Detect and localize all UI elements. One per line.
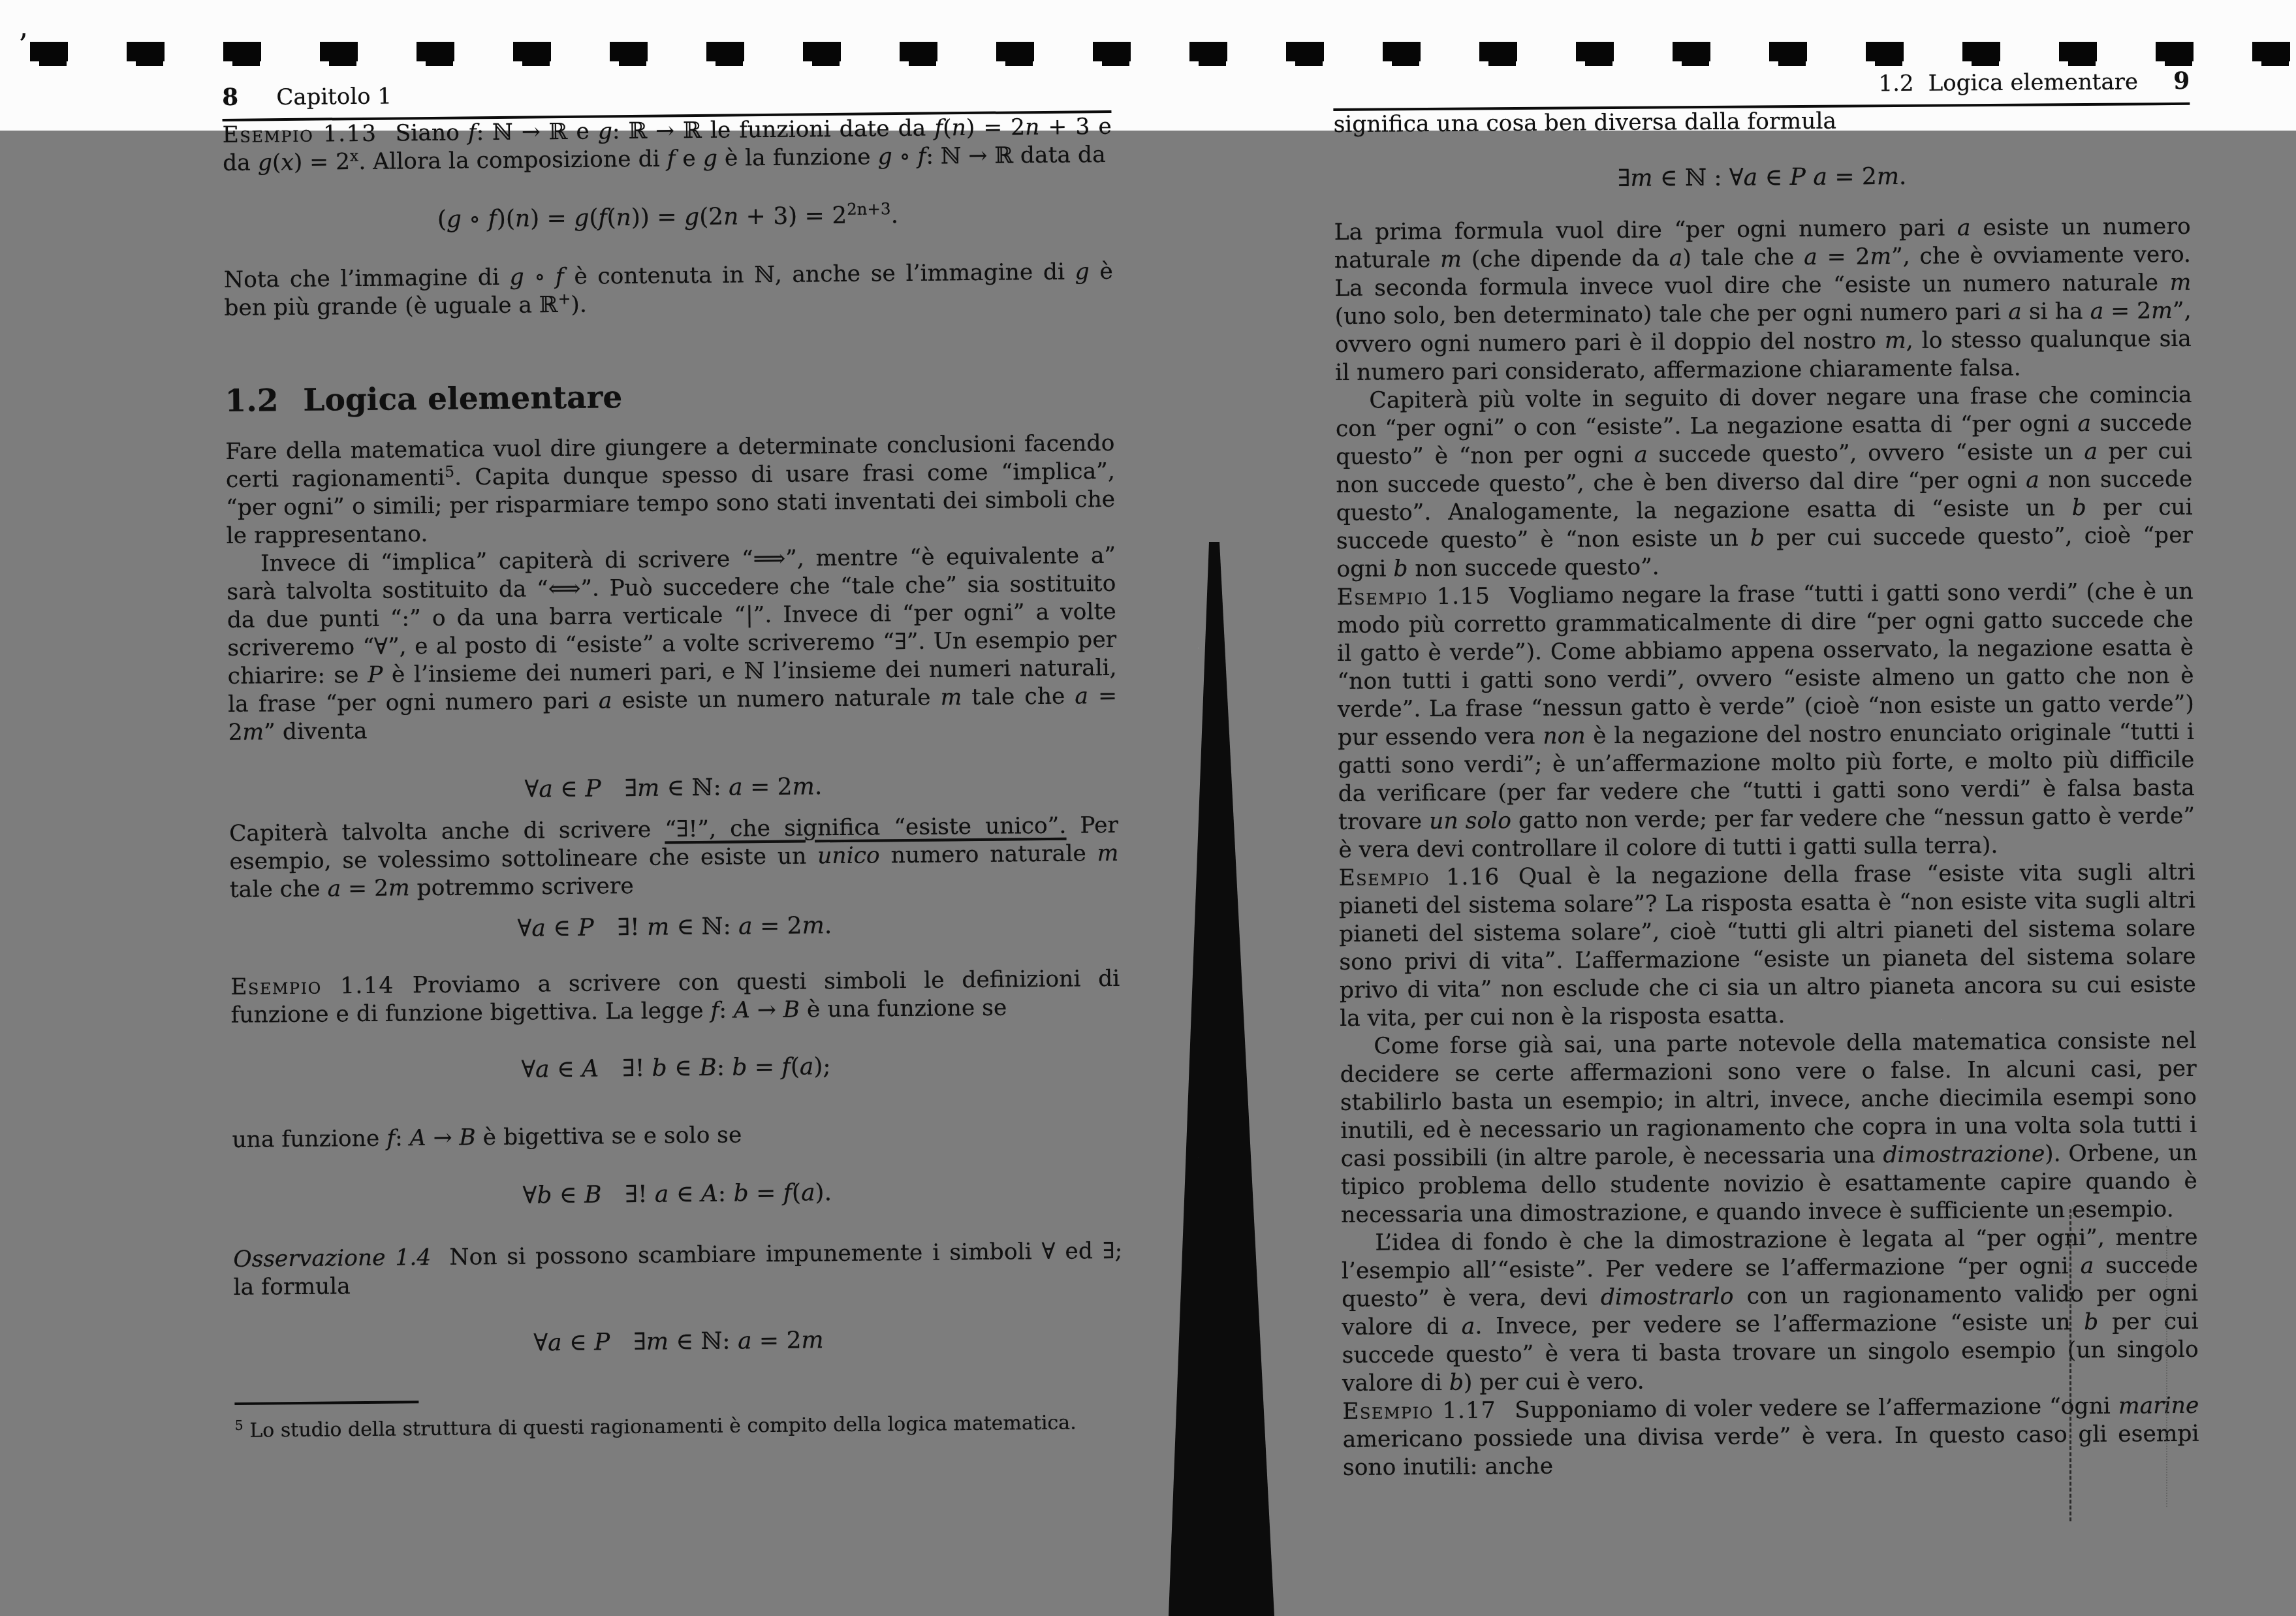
- section-number: 1.2: [225, 384, 278, 419]
- text-run: b: [1449, 1370, 1464, 1396]
- text-run: ) per cui è vero.: [1464, 1369, 1644, 1396]
- text-run: ∘: [892, 144, 917, 170]
- text-run: m: [388, 875, 410, 901]
- text-run: f: [934, 115, 943, 141]
- text-run: non: [1543, 723, 1585, 749]
- text-run: a: [738, 1327, 752, 1354]
- text-run: m: [2151, 298, 2173, 324]
- running-head-section-number: 1.2: [1878, 71, 1913, 97]
- text-run: =: [747, 1054, 781, 1081]
- text-run: f: [783, 1180, 792, 1207]
- text-run: marine: [2118, 1393, 2199, 1419]
- text-run: + 3) = 2: [738, 202, 847, 230]
- text-run: ∀: [521, 1056, 535, 1083]
- text-run: =: [748, 1180, 783, 1207]
- text-run: m: [647, 913, 670, 940]
- text-run: f: [556, 264, 564, 290]
- text-run: .: [815, 773, 823, 800]
- text-run: )(: [497, 206, 515, 232]
- text-run: m: [1870, 244, 1891, 270]
- text-run: n: [1025, 114, 1040, 140]
- paragraph-fare-della-matematica: Fare della matematica vuol dire giungere…: [225, 430, 1116, 550]
- text-run: (: [272, 150, 281, 176]
- text-run: a: [2084, 439, 2098, 465]
- text-run: b: [2084, 1309, 2098, 1335]
- text-run: A: [701, 1180, 718, 1207]
- text-run: f: [598, 204, 607, 231]
- right-page-number: 9: [2173, 67, 2190, 95]
- text-run: m: [637, 775, 660, 802]
- text-run: unico: [817, 842, 880, 869]
- text-run: ∈: [550, 1056, 582, 1083]
- text-run: m: [242, 719, 264, 745]
- text-run: a: [729, 774, 743, 800]
- example-label: Esempio 1.13: [223, 121, 377, 148]
- text-run: .: [890, 202, 898, 229]
- text-run: ∀: [517, 915, 531, 942]
- footnote-rule: [234, 1401, 418, 1405]
- text-run: = 2: [742, 774, 792, 801]
- text-run: = 2: [752, 913, 802, 940]
- text-run: Supponiamo di voler vedere se l’affermaz…: [1515, 1393, 2118, 1423]
- text-run: ∀: [533, 1329, 548, 1356]
- text-run: ∈ ℕ : ∀: [1652, 165, 1743, 192]
- text-run: : ℝ → ℝ le funzioni date da: [612, 116, 935, 145]
- text-run: tale che: [230, 876, 328, 903]
- text-run: dimostrarlo: [1601, 1284, 1734, 1310]
- paragraph-significa: significa una cosa ben diversa dalla for…: [1333, 105, 2190, 139]
- left-page: 8 Capitolo 1 Esempio 1.13Siano f: ℕ → ℝ …: [222, 75, 1124, 1444]
- text-run: ∈: [668, 1180, 701, 1207]
- text-run: ∃!: [599, 1055, 652, 1083]
- footnote: 5 Lo studio della struttura di questi ra…: [234, 1394, 1124, 1444]
- text-run: ∈ ℕ:: [668, 1328, 738, 1355]
- text-run: numero naturale: [880, 840, 1097, 868]
- text-run: a: [2026, 467, 2039, 493]
- text-run: Capiterà più volte in seguito di dover n…: [1336, 382, 2192, 442]
- text-run: Siano: [395, 119, 468, 146]
- example-label: Esempio 1.16: [1338, 864, 1500, 891]
- text-run: ) =: [530, 205, 574, 232]
- text-run: 2n+3: [847, 199, 891, 219]
- paragraph-una-funzione-bigettiva: una funzione f: A → B è bigettiva se e s…: [232, 1118, 1121, 1154]
- text-run: g: [258, 150, 272, 176]
- example-label: Esempio 1.15: [1336, 583, 1490, 610]
- text-run: b: [1393, 556, 1407, 582]
- text-run: una funzione: [232, 1126, 386, 1153]
- text-run: f: [710, 998, 719, 1024]
- text-run: g: [509, 264, 524, 291]
- text-run: (uno solo, ben determinato) tale che per…: [1334, 299, 2008, 330]
- section-heading-1-2: 1.2Logica elementare: [225, 376, 1114, 419]
- right-page-header: 1.2Logica elementare 9: [1333, 67, 2190, 111]
- text-run: A: [409, 1125, 426, 1151]
- text-run: g: [447, 206, 462, 232]
- page-edge-line: [2166, 1226, 2167, 1507]
- text-run: 5: [445, 462, 454, 481]
- left-running-head: Capitolo 1: [276, 84, 392, 111]
- text-run: = 2: [341, 876, 388, 902]
- text-run: B: [584, 1181, 602, 1208]
- text-run: b: [1750, 525, 1765, 551]
- text-run: b: [2071, 495, 2086, 521]
- text-run: è una funzione se: [800, 995, 1007, 1023]
- text-run: ∈: [561, 1329, 594, 1356]
- text-run: m: [1877, 163, 1899, 190]
- text-run: ) = 2: [966, 114, 1026, 141]
- paragraph-come-forse-gia-sai: Come forse già sai, una parte notevole d…: [1340, 1027, 2197, 1229]
- text-run: ∈: [667, 1054, 700, 1081]
- text-run: (: [791, 1054, 800, 1081]
- text-run: “∃!”, che significa “esiste unico”.: [665, 813, 1066, 843]
- example-1-14: Esempio 1.14Proviamo a scrivere con ques…: [230, 965, 1120, 1030]
- text-run: . Invece, per vedere se l’affermazione “…: [1475, 1309, 2084, 1340]
- text-run: a: [599, 688, 612, 714]
- footnote-marker: 5: [235, 1418, 244, 1433]
- text-run: f: [667, 146, 675, 172]
- text-run: ∈ ℕ:: [659, 774, 729, 802]
- text-run: un solo: [1429, 808, 1511, 834]
- text-run: potremmo scrivere: [410, 873, 635, 901]
- display-formula-forall-exists-repeat: ∀a ∈ P ∃m ∈ ℕ: a = 2m: [234, 1323, 1123, 1361]
- text-run: a: [531, 915, 546, 942]
- text-run: a: [2077, 411, 2091, 437]
- text-run: ∘: [524, 264, 556, 290]
- text-run: significa una cosa ben diversa dalla for…: [1333, 108, 1836, 138]
- text-run: a: [1957, 215, 1971, 241]
- example-1-13: Esempio 1.13Siano f: ℕ → ℝ e g: ℝ → ℝ le…: [223, 113, 1112, 178]
- text-run: :: [719, 998, 734, 1024]
- text-run: è la funzione: [717, 144, 878, 171]
- text-run: ∃: [601, 775, 637, 802]
- text-run: dimostrazione: [1883, 1141, 2045, 1168]
- text-run: = 2: [1817, 244, 1870, 270]
- text-run: a: [800, 1053, 814, 1080]
- text-run: :: [717, 1054, 732, 1081]
- text-run: m: [792, 773, 815, 800]
- display-formula-composition: (g ∘ f)(n) = g(f(n)) = g(2n + 3) = 22n+3…: [223, 199, 1112, 236]
- text-run: ∃!: [601, 1181, 655, 1209]
- display-formula-exists-unique: ∀a ∈ P ∃! m ∈ ℕ: a = 2m.: [230, 909, 1119, 946]
- text-run: . Allora la composizione di: [358, 146, 667, 175]
- text-run: (: [943, 115, 952, 141]
- text-run: g: [1075, 259, 1089, 285]
- text-run: g: [598, 118, 612, 144]
- text-run: f: [488, 206, 497, 232]
- text-run: m: [1630, 165, 1652, 192]
- text-run: →: [750, 997, 783, 1023]
- text-run: m: [2169, 270, 2191, 296]
- text-run: è contenuta in ℕ, anche se l’immagine di: [563, 259, 1075, 290]
- text-run: :: [395, 1125, 410, 1151]
- text-run: : ℕ → ℝ e: [476, 118, 598, 146]
- text-run: ∈ ℕ:: [669, 913, 738, 940]
- text-run: La prima formula vuol dire “per ogni num…: [1334, 215, 1958, 246]
- running-head-section-title: Logica elementare: [1928, 69, 2138, 96]
- text-run: a: [1634, 442, 1648, 468]
- text-run: P: [1790, 164, 1806, 191]
- text-run: (2: [699, 204, 723, 230]
- example-label: Esempio 1.17: [1342, 1397, 1496, 1425]
- text-run: b: [733, 1180, 748, 1207]
- text-run: ∘: [462, 206, 488, 232]
- text-run: a: [2090, 298, 2103, 325]
- text-run: non succede questo”.: [1407, 554, 1659, 582]
- text-run: n: [515, 205, 531, 232]
- text-run: m: [1885, 328, 1906, 354]
- text-run: m: [646, 1329, 669, 1355]
- text-run: ∈: [553, 776, 586, 802]
- text-run: .: [1899, 163, 1907, 190]
- text-run: f: [386, 1126, 395, 1152]
- text-run: ∀: [524, 776, 539, 802]
- text-run: n: [951, 115, 966, 141]
- text-run: a: [539, 776, 553, 802]
- text-run: a: [2008, 299, 2022, 325]
- text-run: b: [537, 1182, 552, 1209]
- text-run: a: [655, 1181, 669, 1208]
- text-run: g: [703, 146, 717, 172]
- text-run: P: [585, 775, 601, 802]
- text-run: )) =: [631, 204, 685, 231]
- text-run: B: [459, 1124, 476, 1150]
- text-run: : ℕ → ℝ data da: [926, 142, 1106, 170]
- text-run: a: [1462, 1314, 1475, 1340]
- text-run: = 2: [1827, 163, 1877, 191]
- text-run: B: [699, 1054, 717, 1081]
- text-run: ) = 2: [294, 149, 351, 176]
- text-run: ∃: [1618, 165, 1631, 192]
- text-run: ) tale che: [1682, 244, 1804, 271]
- text-run: a: [1804, 244, 1817, 270]
- example-1-16: Esempio 1.16Qual è la negazione della fr…: [1338, 859, 2196, 1033]
- text-run: a: [1744, 164, 1758, 191]
- text-run: x: [350, 146, 359, 165]
- text-run: [1806, 164, 1814, 191]
- text-run: B: [783, 997, 800, 1023]
- text-run: m: [1440, 247, 1462, 273]
- paragraph-invece-di-implica: Invece di “implica” capiterà di scrivere…: [227, 542, 1118, 747]
- text-run: a: [2080, 1253, 2094, 1279]
- observation-label: Osservazione 1.4: [233, 1244, 431, 1273]
- text-run: g: [684, 204, 699, 230]
- text-run: Nota che l’immagine di: [224, 264, 510, 293]
- text-run: ∀: [523, 1182, 537, 1209]
- text-run: (: [589, 204, 598, 231]
- text-run: Capiterà talvolta anche di scrivere: [229, 817, 665, 847]
- text-run: ).: [815, 1179, 832, 1206]
- display-formula-exists-forall: ∃m ∈ ℕ : ∀a ∈ P a = 2m.: [1334, 161, 2190, 195]
- text-run: →: [426, 1125, 459, 1151]
- text-run: x: [281, 150, 294, 176]
- example-label: Esempio 1.14: [230, 973, 394, 1000]
- paragraph-nota-immagine: Nota che l’immagine di g ∘ f è contenuta…: [224, 258, 1114, 323]
- text-run: è bigettiva se e solo se: [476, 1122, 742, 1150]
- text-run: ∃: [610, 1329, 646, 1356]
- text-run: b: [652, 1055, 667, 1082]
- text-run: si ha: [2022, 298, 2090, 325]
- text-run: f: [917, 144, 926, 170]
- right-running-head: 1.2Logica elementare: [1878, 69, 2138, 97]
- text-run: ∃!: [593, 914, 647, 942]
- text-run: f: [468, 119, 477, 146]
- text-run: (: [606, 204, 616, 231]
- text-run: n: [723, 203, 739, 230]
- text-run: ” diventa: [264, 718, 368, 746]
- text-run: a: [1813, 164, 1827, 191]
- paragraph-capitera-talvolta: Capiterà talvolta anche di scrivere “∃!”…: [229, 812, 1119, 904]
- text-run: P: [594, 1329, 610, 1355]
- text-run: g: [877, 144, 892, 170]
- example-1-15: Esempio 1.15Vogliamo negare la frase “tu…: [1336, 578, 2195, 864]
- display-formula-bijective-def: ∀b ∈ B ∃! a ∈ A: b = f(a).: [232, 1176, 1122, 1213]
- text-run: ∈: [546, 915, 578, 942]
- display-formula-function-def: ∀a ∈ A ∃! b ∈ B: b = f(a);: [231, 1050, 1120, 1087]
- text-run: P: [368, 662, 383, 688]
- text-run: e: [675, 146, 703, 172]
- text-run: (: [792, 1180, 801, 1207]
- text-run: ).: [571, 292, 587, 318]
- text-run: esiste un numero naturale: [612, 684, 941, 714]
- display-formula-forall-exists: ∀a ∈ P ∃m ∈ ℕ: a = 2m.: [228, 770, 1118, 807]
- text-run: m: [940, 684, 962, 710]
- text-run: g: [574, 205, 589, 232]
- text-run: m: [802, 912, 825, 939]
- text-run: a: [801, 1179, 815, 1206]
- left-page-number: 8: [222, 84, 238, 111]
- text-run: a: [327, 876, 341, 902]
- text-run: a: [535, 1056, 550, 1083]
- text-run: f: [781, 1054, 791, 1081]
- text-run: A: [734, 997, 750, 1023]
- text-run: ∈: [552, 1182, 584, 1209]
- text-run: = 2: [751, 1327, 801, 1355]
- text-run: m: [801, 1327, 824, 1354]
- text-run: ∈: [1757, 164, 1790, 191]
- text-run: a: [548, 1329, 562, 1356]
- text-run: m: [1097, 840, 1118, 866]
- observation-1-4: Osservazione 1.4Non si possono scambiare…: [233, 1237, 1123, 1302]
- text-run: tale che: [962, 684, 1075, 711]
- paragraph-capitera-piu-volte: Capiterà più volte in seguito di dover n…: [1335, 381, 2193, 584]
- text-run: P: [578, 915, 594, 942]
- text-run: :: [718, 1180, 734, 1207]
- text-run: succede questo”, ovvero “esiste un: [1648, 439, 2084, 468]
- scanned-book-spread: ’ 8 Capitolo 1 Esempio 1.13Siano f: ℕ → …: [0, 0, 2296, 1616]
- text-run: +: [558, 289, 571, 308]
- text-run: a: [1075, 683, 1088, 709]
- text-run: a: [1669, 245, 1683, 271]
- text-run: a: [738, 913, 753, 940]
- text-run: b: [732, 1054, 747, 1081]
- section-title: Logica elementare: [303, 381, 622, 418]
- example-text: Vogliamo negare la frase “tutti i gatti …: [1337, 578, 2195, 863]
- text-run: );: [813, 1053, 831, 1080]
- text-run: A: [582, 1056, 599, 1083]
- text-run: n: [616, 204, 632, 231]
- text-run: (: [437, 206, 447, 233]
- text-run: = 2: [2103, 298, 2151, 325]
- text-run: .: [825, 912, 832, 939]
- text-run: (che dipende da: [1462, 245, 1669, 272]
- page-fold-line: [2069, 1209, 2071, 1521]
- paragraph-la-prima-formula: La prima formula vuol dire “per ogni num…: [1334, 213, 2192, 387]
